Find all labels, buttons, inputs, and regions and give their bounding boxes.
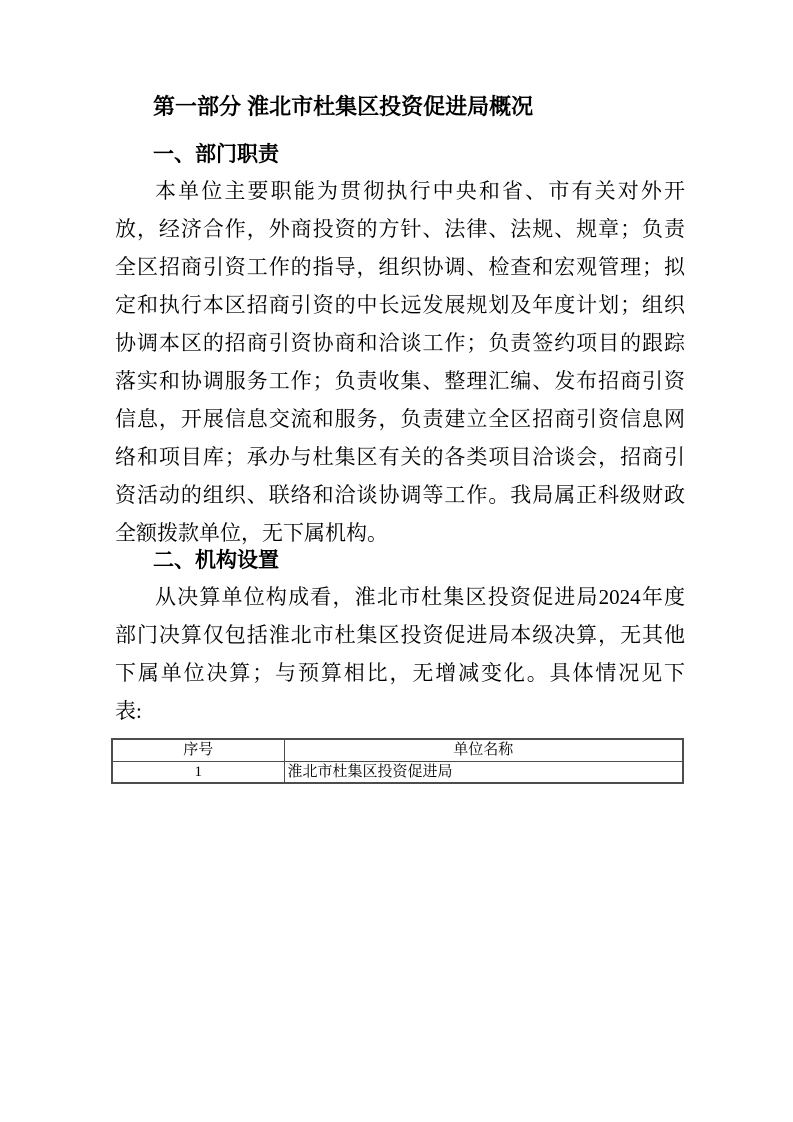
table-cell-index: 1: [112, 761, 284, 783]
paragraph-line: 部门决算仅包括淮北市杜集区投资促进局本级决算，无其他: [115, 616, 685, 654]
table-cell-unit-name: 淮北市杜集区投资促进局: [284, 761, 683, 783]
paragraph-line: 协调本区的招商引资协商和洽谈工作；负责签约项目的跟踪: [115, 324, 685, 362]
section-1-heading: 一、部门职责: [115, 136, 685, 174]
document-content: 第一部分 淮北市杜集区投资促进局概况 一、部门职责 本单位主要职能为贯彻执行中央…: [115, 88, 685, 784]
section-1-paragraph: 本单位主要职能为贯彻执行中央和省、市有关对外开 放，经济合作，外商投资的方针、法…: [115, 172, 685, 552]
paragraph-line: 络和项目库；承办与杜集区有关的各类项目洽谈会，招商引: [115, 438, 685, 476]
paragraph-line: 本单位主要职能为贯彻执行中央和省、市有关对外开: [115, 172, 685, 210]
table-header-index: 序号: [112, 739, 284, 761]
paragraph-line: 表:: [115, 692, 685, 730]
paragraph-line: 落实和协调服务工作；负责收集、整理汇编、发布招商引资: [115, 362, 685, 400]
units-table: 序号 单位名称 1 淮北市杜集区投资促进局: [111, 738, 684, 784]
section-2-heading: 二、机构设置: [115, 542, 685, 580]
section-2-paragraph: 从决算单位构成看，淮北市杜集区投资促进局2024年度 部门决算仅包括淮北市杜集区…: [115, 578, 685, 730]
table-row: 1 淮北市杜集区投资促进局: [112, 761, 683, 783]
table-header-unit-name: 单位名称: [284, 739, 683, 761]
document-page: 第一部分 淮北市杜集区投资促进局概况 一、部门职责 本单位主要职能为贯彻执行中央…: [0, 0, 793, 1122]
paragraph-line: 下属单位决算；与预算相比，无增减变化。具体情况见下: [115, 654, 685, 692]
paragraph-line: 资活动的组织、联络和洽谈协调等工作。我局属正科级财政: [115, 476, 685, 514]
table-header-row: 序号 单位名称: [112, 739, 683, 761]
paragraph-line: 定和执行本区招商引资的中长远发展规划及年度计划；组织: [115, 286, 685, 324]
paragraph-line: 从决算单位构成看，淮北市杜集区投资促进局2024年度: [115, 578, 685, 616]
paragraph-line: 全区招商引资工作的指导，组织协调、检查和宏观管理；拟: [115, 248, 685, 286]
document-title: 第一部分 淮北市杜集区投资促进局概况: [115, 88, 685, 126]
paragraph-line: 信息，开展信息交流和服务，负责建立全区招商引资信息网: [115, 400, 685, 438]
paragraph-line: 放，经济合作，外商投资的方针、法律、法规、规章；负责: [115, 210, 685, 248]
